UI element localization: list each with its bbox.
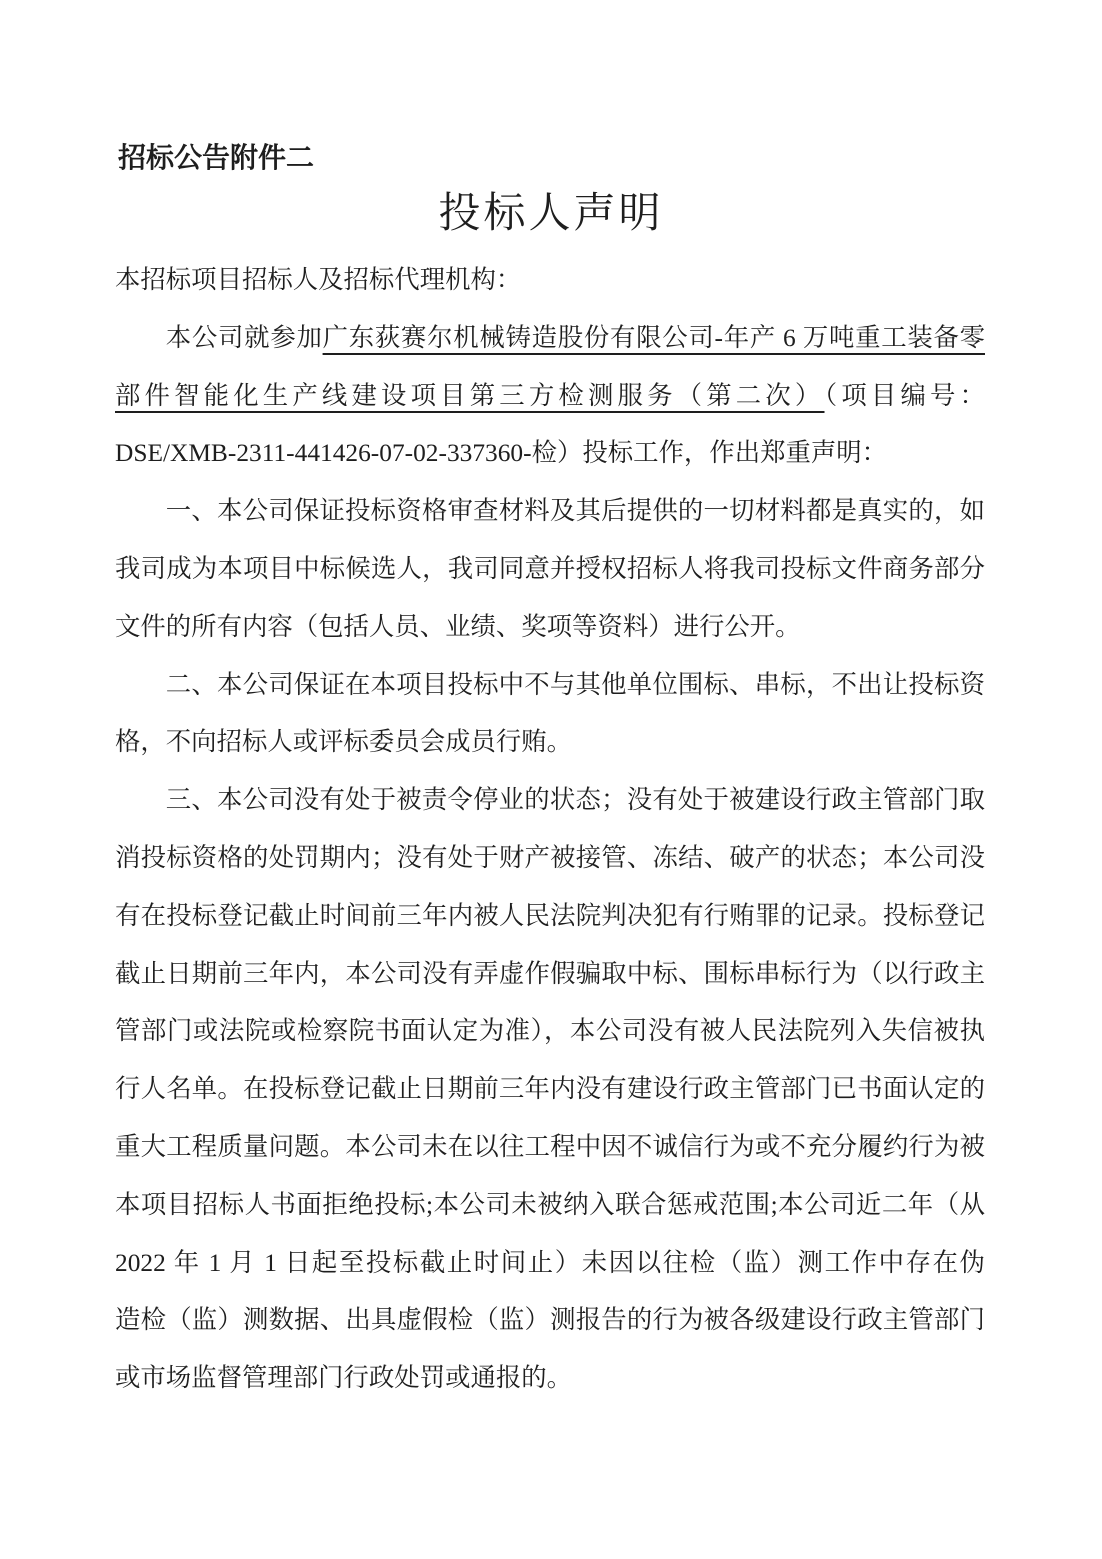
text-segment: 有在投标登记截止时间前三年内被人民法院判决犯有行贿罪的记录。投标登记 xyxy=(115,902,985,930)
clause-1-line-3: 文件的所有内容（包括人员、业绩、奖项等资料）进行公开。 xyxy=(115,599,985,657)
text-segment: DSE/XMB-2311-441426-07-02-337360-检）投标工作，… xyxy=(115,439,887,467)
document-body: 本招标项目招标人及招标代理机构：本公司就参加广东荻赛尔机械铸造股份有限公司-年产… xyxy=(115,252,985,1408)
opening-line-2: 部件智能化生产线建设项目第三方检测服务（第二次）（项目编号： xyxy=(115,368,985,426)
text-segment: 行人名单。在投标登记截止日期前三年内没有建设行政主管部门已书面认定的 xyxy=(115,1075,985,1103)
text-segment: 管部门或法院或检察院书面认定为准），本公司没有被人民法院列入失信被执 xyxy=(115,1017,985,1045)
clause-2-line-2: 格，不向招标人或评标委员会成员行贿。 xyxy=(115,714,985,772)
text-segment: 2022 年 1 月 1 日起至投标截止时间止）未因以往检（监）测工作中存在伪 xyxy=(115,1249,985,1277)
clause-3-line-10: 造检（监）测数据、出具虚假检（监）测报告的行为被各级建设行政主管部门 xyxy=(115,1292,985,1350)
underlined-text: 部件智能化生产线建设项目第三方检测服务（第二次） xyxy=(115,382,825,410)
text-segment: 重大工程质量问题。本公司未在以往工程中因不诚信行为或不充分履约行为被 xyxy=(115,1133,985,1161)
text-segment: 本项目招标人书面拒绝投标;本公司未被纳入联合惩戒范围;本公司近二年（从 xyxy=(115,1191,985,1219)
text-segment: 我司成为本项目中标候选人，我司同意并授权招标人将我司投标文件商务部分 xyxy=(115,555,985,583)
text-segment: 造检（监）测数据、出具虚假检（监）测报告的行为被各级建设行政主管部门 xyxy=(115,1306,985,1334)
clause-3-line-9: 2022 年 1 月 1 日起至投标截止时间止）未因以往检（监）测工作中存在伪 xyxy=(115,1235,985,1293)
clause-3-line-5: 管部门或法院或检察院书面认定为准），本公司没有被人民法院列入失信被执 xyxy=(115,1003,985,1061)
clause-3-line-7: 重大工程质量问题。本公司未在以往工程中因不诚信行为或不充分履约行为被 xyxy=(115,1119,985,1177)
intro-line: 本招标项目招标人及招标代理机构： xyxy=(115,252,985,310)
attachment-label: 招标公告附件二 xyxy=(118,142,314,176)
opening-line-1: 本公司就参加广东荻赛尔机械铸造股份有限公司-年产 6 万吨重工装备零 xyxy=(115,310,985,368)
text-segment: 格，不向招标人或评标委员会成员行贿。 xyxy=(115,728,572,756)
clause-3-line-2: 消投标资格的处罚期内；没有处于财产被接管、冻结、破产的状态；本公司没 xyxy=(115,830,985,888)
text-segment: （项目编号： xyxy=(825,382,986,410)
text-segment: 消投标资格的处罚期内；没有处于财产被接管、冻结、破产的状态；本公司没 xyxy=(115,844,985,872)
clause-3-line-11: 或市场监督管理部门行政处罚或通报的。 xyxy=(115,1350,985,1408)
text-segment: 或市场监督管理部门行政处罚或通报的。 xyxy=(115,1364,572,1392)
text-segment: 本公司就参加 xyxy=(166,324,323,352)
clause-1-line-2: 我司成为本项目中标候选人，我司同意并授权招标人将我司投标文件商务部分 xyxy=(115,541,985,599)
document-page: 招标公告附件二 投标人声明 本招标项目招标人及招标代理机构：本公司就参加广东荻赛… xyxy=(0,0,1102,1559)
text-segment: 文件的所有内容（包括人员、业绩、奖项等资料）进行公开。 xyxy=(115,613,801,641)
clause-3-line-4: 截止日期前三年内，本公司没有弄虚作假骗取中标、围标串标行为（以行政主 xyxy=(115,946,985,1004)
clause-1-line-1: 一、本公司保证投标资格审查材料及其后提供的一切材料都是真实的，如 xyxy=(115,483,985,541)
text-segment: 一、本公司保证投标资格审查材料及其后提供的一切材料都是真实的，如 xyxy=(166,497,985,525)
clause-3-line-8: 本项目招标人书面拒绝投标;本公司未被纳入联合惩戒范围;本公司近二年（从 xyxy=(115,1177,985,1235)
clause-3-line-3: 有在投标登记截止时间前三年内被人民法院判决犯有行贿罪的记录。投标登记 xyxy=(115,888,985,946)
clause-3-line-6: 行人名单。在投标登记截止日期前三年内没有建设行政主管部门已书面认定的 xyxy=(115,1061,985,1119)
opening-line-3: DSE/XMB-2311-441426-07-02-337360-检）投标工作，… xyxy=(115,425,985,483)
clause-2-line-1: 二、本公司保证在本项目投标中不与其他单位围标、串标，不出让投标资 xyxy=(115,657,985,715)
document-title: 投标人声明 xyxy=(0,190,1102,238)
underlined-text: 广东荻赛尔机械铸造股份有限公司-年产 6 万吨重工装备零 xyxy=(323,324,985,352)
text-segment: 三、本公司没有处于被责令停业的状态；没有处于被建设行政主管部门取 xyxy=(166,786,985,814)
text-segment: 本招标项目招标人及招标代理机构： xyxy=(115,266,521,294)
clause-3-line-1: 三、本公司没有处于被责令停业的状态；没有处于被建设行政主管部门取 xyxy=(115,772,985,830)
text-segment: 二、本公司保证在本项目投标中不与其他单位围标、串标，不出让投标资 xyxy=(166,671,985,699)
text-segment: 截止日期前三年内，本公司没有弄虚作假骗取中标、围标串标行为（以行政主 xyxy=(115,960,985,988)
